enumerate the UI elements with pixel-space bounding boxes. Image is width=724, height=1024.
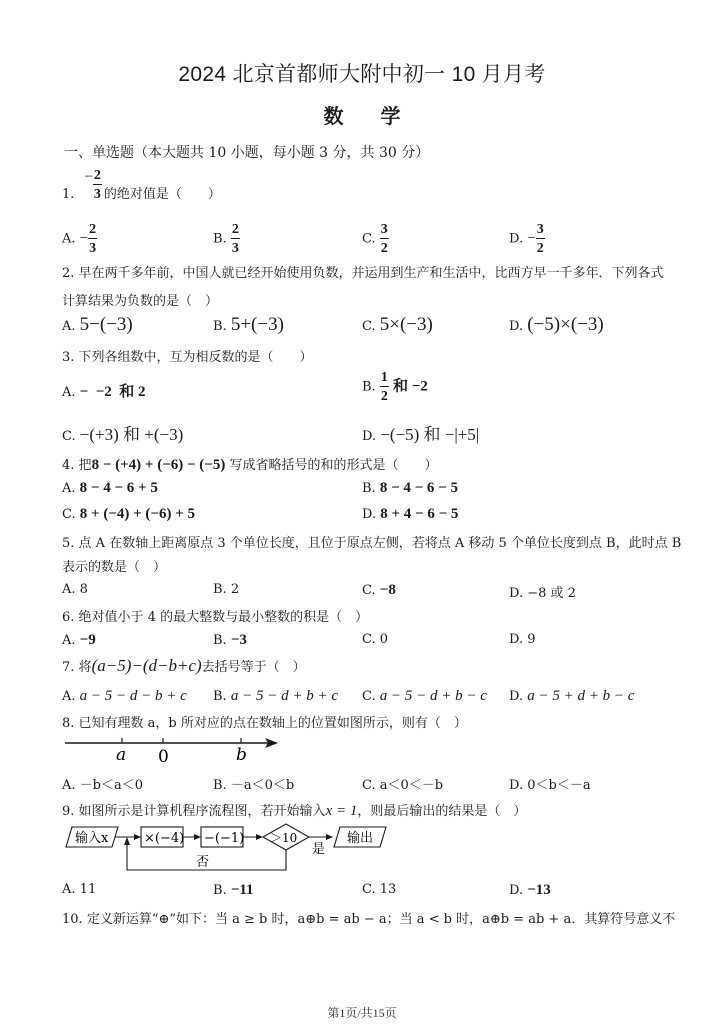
label-0: 0 — [158, 747, 169, 766]
option-letter: D. — [362, 429, 376, 444]
option-9d[interactable]: D. −13 — [509, 882, 551, 899]
question-7: 7. 将(a−5)−(d−b+c)去括号等于（ ） — [62, 656, 306, 676]
option-letter: C. — [362, 882, 376, 897]
option-expr: a − 5 − d + b − c — [380, 688, 487, 704]
option-expr: a − 5 − d + b + c — [231, 688, 338, 704]
question-stem: 早在两千多年前，中国人就已经开始使用负数，并运用到生产和生活中，比西方早一千多年… — [79, 266, 664, 281]
option-expr: −8 — [380, 582, 396, 598]
number-line-figure: a 0 b — [60, 732, 290, 766]
option-letter: B. — [213, 883, 227, 898]
option-letter: D. — [509, 689, 523, 704]
page-number: 第1页/共15页 — [0, 1004, 724, 1021]
option-expr: －a＜0＜b — [231, 778, 294, 793]
numerator: 2 — [88, 222, 97, 239]
option-6a[interactable]: A. −9 — [62, 632, 96, 649]
option-letter: A. — [62, 385, 76, 400]
option-5c[interactable]: C. −8 — [362, 582, 396, 599]
option-expr: 5+(−3) — [231, 314, 284, 335]
option-3c[interactable]: C. −(+3) 和 +(−3) — [62, 420, 183, 445]
option-letter: C. — [362, 232, 376, 247]
option-expr: 11 — [80, 882, 97, 897]
exam-title: 2024 北京首都师大附中初一 10 月月考 — [0, 58, 724, 88]
question-stem: 定义新运算“⊕”如下：当 a ≥ b 时，a⊕b = ab − a；当 a < … — [87, 912, 675, 927]
option-8b[interactable]: B. －a＜0＜b — [213, 774, 294, 793]
denominator: 3 — [89, 239, 96, 256]
option-letter: B. — [213, 232, 227, 247]
question-expression: x = 1 — [326, 803, 358, 819]
option-expr: 8 − 4 − 6 + 5 — [80, 480, 158, 496]
option-letter: A. — [62, 689, 76, 704]
question-8: 8. 已知有理数 a，b 所对应的点在数轴上的位置如图所示，则有（ ） — [62, 712, 467, 731]
option-letter: A. — [62, 582, 76, 597]
option-expr: 8 + 4 − 6 − 5 — [380, 506, 458, 522]
question-5-line2: 表示的数是（ ） — [62, 556, 166, 575]
option-letter: C. — [62, 429, 76, 444]
question-stem-suffix: 写成省略括号的和的形式是（ ） — [229, 458, 437, 473]
arrow-icon — [124, 837, 130, 845]
option-expr: −11 — [231, 882, 254, 898]
option-7b[interactable]: B. a − 5 − d + b + c — [213, 688, 338, 705]
question-stem: 已知有理数 a，b 所对应的点在数轴上的位置如图所示，则有（ ） — [79, 716, 467, 731]
option-letter: C. — [62, 507, 76, 522]
question-1: 1.−23的绝对值是（ ） — [62, 168, 221, 202]
question-expression: 8 − (+4) + (−6) − (−5) — [92, 457, 226, 473]
option-letter: B. — [362, 380, 376, 395]
option-letter: A. — [62, 882, 76, 897]
question-number: 6. — [62, 610, 74, 625]
option-letter: B. — [213, 319, 227, 334]
option-1d[interactable]: D. −32 — [509, 222, 545, 256]
option-fraction: 12 — [380, 370, 389, 404]
option-4a[interactable]: A. 8 − 4 − 6 + 5 — [62, 480, 158, 497]
question-stem-suffix: 去括号等于（ ） — [202, 660, 306, 675]
option-fraction: 23 — [88, 222, 97, 256]
question-number: 5. — [62, 536, 74, 551]
option-expr: a − 5 + d + b − c — [527, 688, 634, 704]
option-expr: a − 5 − d − b + c — [80, 688, 187, 704]
option-letter: C. — [362, 632, 376, 647]
arrow-icon — [134, 834, 141, 840]
option-5b[interactable]: B. 2 — [213, 582, 239, 597]
option-7a[interactable]: A. a − 5 − d − b + c — [62, 688, 187, 705]
option-letter: B. — [362, 481, 376, 496]
option-3a[interactable]: A. − −2 和 2 — [62, 380, 146, 401]
question-6: 6. 绝对值小于 4 的最大整数与最小整数的积是（ ） — [62, 606, 368, 625]
section-heading: 一、单选题（本大题共 10 小题，每小题 3 分，共 30 分） — [64, 142, 429, 162]
label-b: b — [236, 745, 247, 765]
question-number: 9. — [62, 804, 74, 819]
numerator: 1 — [380, 370, 389, 387]
question-stem-prefix: 将 — [79, 660, 92, 675]
option-expr: 9 — [527, 632, 535, 647]
option-expr: − −2 和 2 — [80, 384, 146, 400]
option-letter: C. — [362, 583, 376, 598]
option-1b[interactable]: B. 23 — [213, 222, 240, 256]
option-expr: 8 + (−4) + (−6) + 5 — [80, 506, 195, 522]
denominator: 2 — [381, 239, 388, 256]
option-letter: D. — [509, 586, 523, 601]
option-letter: D. — [509, 232, 523, 247]
option-expr: 8 − 4 − 6 − 5 — [380, 480, 458, 496]
option-9c[interactable]: C. 13 — [362, 882, 396, 897]
option-expr: 13 — [380, 882, 397, 897]
option-expr: －b＜a＜0 — [80, 778, 143, 793]
option-sign: − — [80, 231, 88, 247]
option-5a[interactable]: A. 8 — [62, 582, 88, 597]
input-label: 输入x — [75, 830, 109, 846]
option-fraction: 23 — [231, 222, 240, 256]
denominator: 3 — [94, 185, 101, 202]
question-2: 2. 早在两千多年前，中国人就已经开始使用负数，并运用到生产和生活中，比西方早一… — [62, 262, 664, 281]
option-9a[interactable]: A. 11 — [62, 882, 96, 897]
output-label: 输出 — [347, 830, 373, 846]
question-stem-suffix: ，则最后输出的结果是（ ） — [357, 804, 526, 819]
question-expression: (a−5)−(d−b+c) — [92, 656, 202, 675]
decision-label: ＞10 — [270, 831, 297, 845]
option-6b[interactable]: B. −3 — [213, 632, 247, 649]
option-expr: a＜0＜－b — [380, 778, 443, 793]
numerator: 2 — [93, 168, 102, 185]
yes-label: 是 — [312, 842, 325, 857]
option-letter: B. — [213, 633, 227, 648]
option-4c[interactable]: C. 8 + (−4) + (−6) + 5 — [62, 506, 195, 523]
subject-heading: 数 学 — [0, 100, 724, 129]
option-expr: 和 −2 — [393, 379, 428, 395]
step2-label: −(−1) — [204, 831, 244, 846]
option-3d[interactable]: D. −(−5) 和 −|+5| — [362, 420, 479, 445]
option-9b[interactable]: B. −11 — [213, 882, 254, 899]
question-10: 10. 定义新运算“⊕”如下：当 a ≥ b 时，a⊕b = ab − a；当 … — [62, 908, 675, 927]
option-letter: A. — [62, 481, 76, 496]
option-expr: 8 — [80, 582, 88, 597]
option-fraction: 32 — [536, 222, 545, 256]
flowchart-figure: 输入x ×(−4) −(−1) ＞10 是 输出 否 — [60, 820, 400, 876]
option-letter: B. — [213, 582, 227, 597]
numerator: 2 — [231, 222, 240, 239]
option-letter: A. — [62, 633, 76, 648]
question-number: 1. — [62, 187, 74, 202]
question-stem: 绝对值小于 4 的最大整数与最小整数的积是（ ） — [79, 610, 369, 625]
denominator: 2 — [381, 387, 388, 404]
option-expr: 0＜b＜－a — [527, 778, 590, 793]
option-letter: D. — [509, 883, 523, 898]
option-letter: C. — [362, 778, 376, 793]
option-expr: 5−(−3) — [80, 314, 133, 335]
option-4d[interactable]: D. 8 + 4 − 6 − 5 — [362, 506, 458, 523]
option-expr: −13 — [527, 882, 551, 898]
option-expr: 2 — [231, 582, 239, 597]
option-2c[interactable]: C. 5×(−3) — [362, 314, 433, 336]
option-8c[interactable]: C. a＜0＜－b — [362, 774, 443, 793]
question-number: 3. — [62, 350, 74, 365]
question-number: 8. — [62, 716, 74, 731]
question-stem: 下列各组数中，互为相反数的是（ ） — [79, 350, 313, 365]
step1-label: ×(−4) — [144, 831, 184, 846]
question-stem-prefix: 把 — [79, 458, 92, 473]
option-expr: −8 或 2 — [527, 586, 576, 601]
question-stem: 的绝对值是（ ） — [104, 187, 221, 202]
question-5: 5. 点 A 在数轴上距离原点 3 个单位长度，且位于原点左侧，若将点 A 移动… — [62, 532, 681, 551]
option-expr: (−5)×(−3) — [527, 314, 603, 335]
arrow-icon — [194, 834, 201, 840]
option-letter: A. — [62, 319, 76, 334]
question-number: 2. — [62, 266, 74, 281]
fraction-sign: − — [84, 169, 92, 185]
numerator: 3 — [380, 222, 389, 239]
numerator: 3 — [536, 222, 545, 239]
question-number: 7. — [62, 660, 74, 675]
option-2a[interactable]: A. 5−(−3) — [62, 314, 133, 336]
option-expr: −9 — [80, 632, 96, 648]
option-letter: A. — [62, 232, 76, 247]
option-letter: D. — [509, 778, 523, 793]
option-3b[interactable]: B. 12 和 −2 — [362, 370, 428, 404]
no-label: 否 — [196, 855, 209, 870]
option-7c[interactable]: C. a − 5 − d + b − c — [362, 688, 487, 705]
option-letter: D. — [362, 507, 376, 522]
denominator: 3 — [232, 239, 239, 256]
option-expr: −(−5) 和 −|+5| — [380, 425, 479, 444]
question-stem-prefix: 如图所示是计算机程序流程图，若开始输入 — [79, 804, 326, 819]
question-2-line2: 计算结果为负数的是（ ） — [62, 290, 218, 309]
option-6c[interactable]: C. 0 — [362, 632, 388, 647]
option-fraction: 32 — [380, 222, 389, 256]
option-2d[interactable]: D. (−5)×(−3) — [509, 314, 604, 336]
option-letter: C. — [362, 319, 376, 334]
option-expr: 5×(−3) — [380, 314, 433, 335]
option-6d[interactable]: D. 9 — [509, 632, 536, 647]
question-4: 4. 把8 − (+4) + (−6) − (−5) 写成省略括号的和的形式是（… — [62, 454, 437, 474]
option-sign: − — [527, 231, 535, 247]
label-a: a — [116, 745, 126, 765]
question-number: 10. — [62, 912, 83, 927]
option-8d[interactable]: D. 0＜b＜－a — [509, 774, 591, 793]
option-expr: −3 — [231, 632, 247, 648]
option-4b[interactable]: B. 8 − 4 − 6 − 5 — [362, 480, 458, 497]
fraction: 23 — [93, 168, 102, 202]
denominator: 2 — [537, 239, 544, 256]
question-stem: 点 A 在数轴上距离原点 3 个单位长度，且位于原点左侧，若将点 A 移动 5 … — [79, 536, 682, 551]
option-1c[interactable]: C. 32 — [362, 222, 389, 256]
option-letter: A. — [62, 778, 76, 793]
option-expr: 0 — [380, 632, 388, 647]
option-letter: B. — [213, 778, 227, 793]
option-letter: C. — [362, 689, 376, 704]
option-expr: −(+3) 和 +(−3) — [80, 425, 184, 444]
option-7d[interactable]: D. a − 5 + d + b − c — [509, 688, 634, 705]
option-letter: D. — [509, 319, 523, 334]
question-3: 3. 下列各组数中，互为相反数的是（ ） — [62, 346, 313, 365]
option-5d[interactable]: D. −8 或 2 — [509, 582, 576, 601]
arrow-icon — [326, 834, 333, 840]
question-9: 9. 如图所示是计算机程序流程图，若开始输入x = 1，则最后输出的结果是（ ） — [62, 800, 526, 820]
option-1a[interactable]: A. −23 — [62, 222, 97, 256]
option-8a[interactable]: A. －b＜a＜0 — [62, 774, 143, 793]
option-letter: D. — [509, 632, 523, 647]
option-2b[interactable]: B. 5+(−3) — [213, 314, 284, 336]
question-number: 4. — [62, 458, 74, 473]
option-letter: B. — [213, 689, 227, 704]
